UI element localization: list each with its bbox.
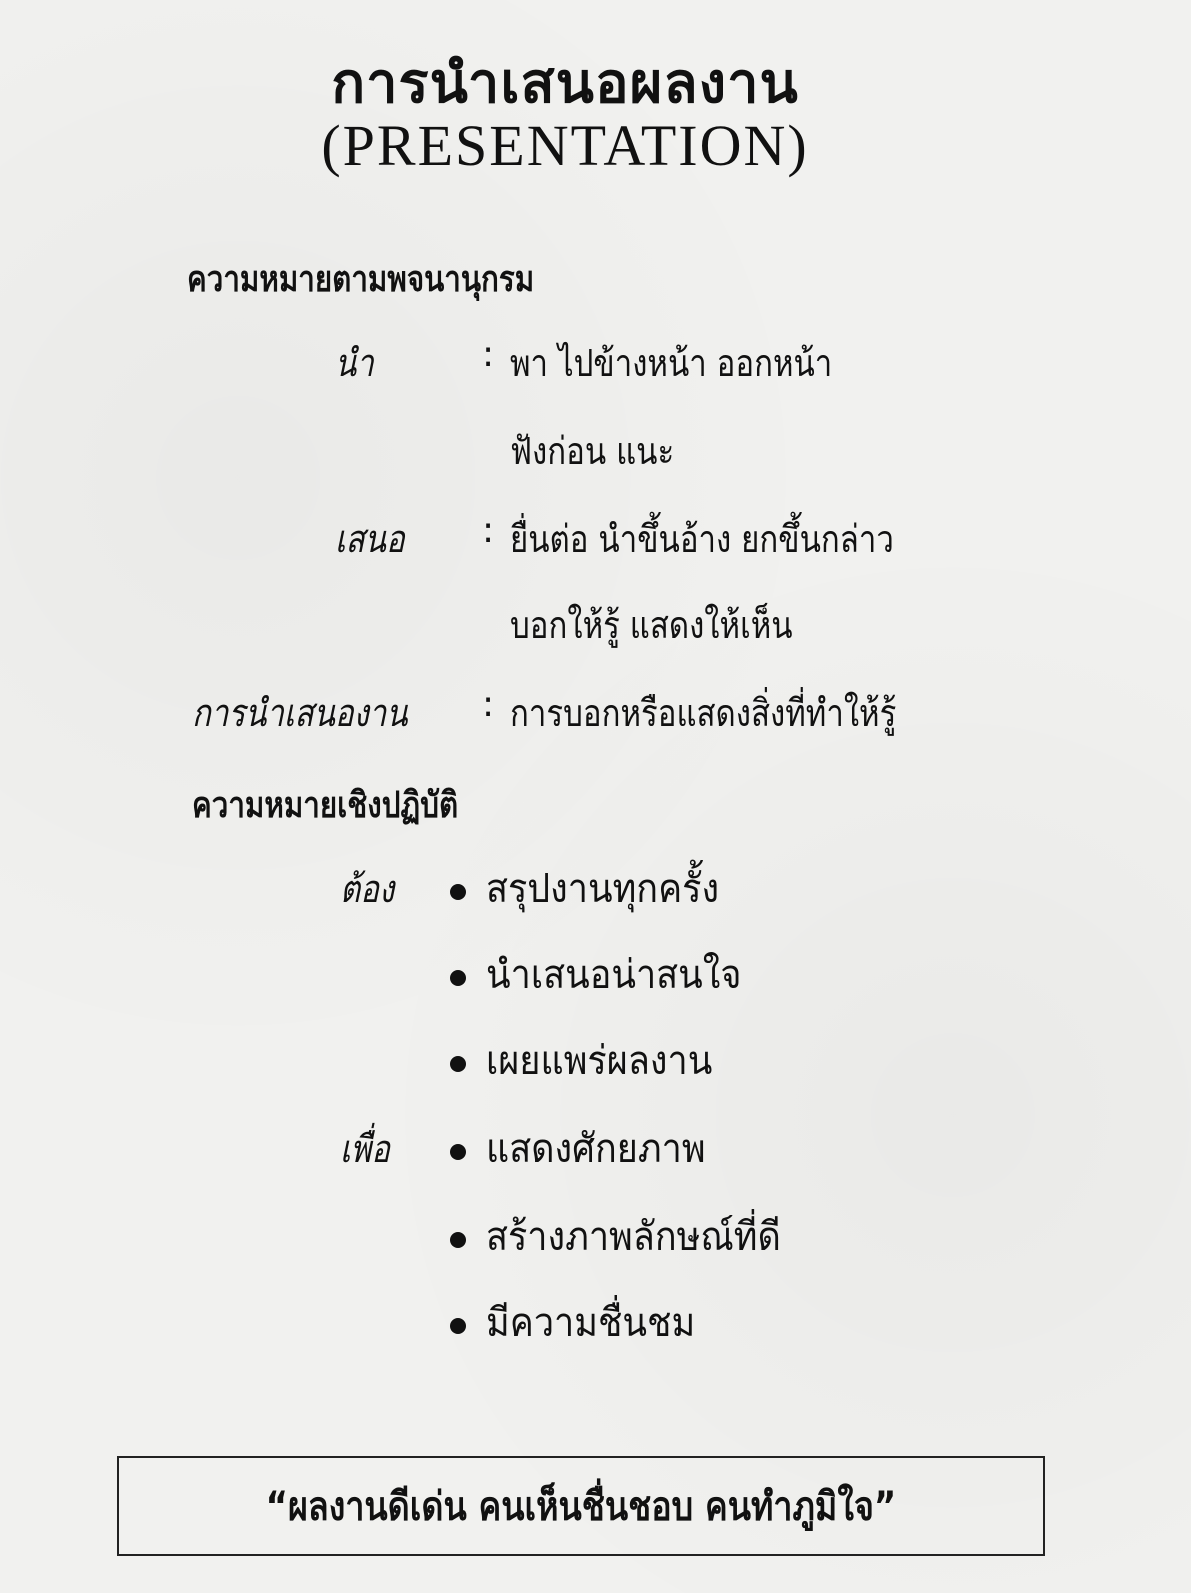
list-item: สร้างภาพลักษณ์ที่ดี <box>486 1204 781 1268</box>
list-item: สรุปงานทุกครั้ง <box>486 856 719 920</box>
bullet-icon <box>450 1144 466 1160</box>
practical-heading: ความหมายเชิงปฏิบัติ <box>192 776 458 833</box>
bullet-icon <box>450 884 466 900</box>
term-presentation: การนำเสนองาน <box>192 682 408 743</box>
quote-box: “ผลงานดีเด่น คนเห็นชื่นชอบ คนทำภูมิใจ” <box>117 1456 1045 1556</box>
group-label-must: ต้อง <box>340 858 394 919</box>
bullet-icon <box>450 1056 466 1072</box>
separator: : <box>482 510 494 551</box>
document-page: การนำเสนอผลงาน (PRESENTATION) ความหมายตา… <box>0 0 1191 1593</box>
definition-line: การบอกหรือแสดงสิ่งที่ทำให้รู้ <box>510 682 896 743</box>
definition-line: บอกให้รู้ แสดงให้เห็น <box>510 594 793 655</box>
separator: : <box>482 334 494 375</box>
term-sanoe: เสนอ <box>335 508 405 569</box>
list-item: นำเสนอน่าสนใจ <box>486 942 741 1006</box>
bullet-icon <box>450 1232 466 1248</box>
definition-line: พา ไปข้างหน้า ออกหน้า <box>510 332 832 393</box>
title-english: (PRESENTATION) <box>0 112 1130 179</box>
group-label-purpose: เพื่อ <box>340 1118 390 1179</box>
dictionary-heading: ความหมายตามพจนานุกรม <box>187 250 534 307</box>
separator: : <box>482 684 494 725</box>
list-item: เผยแพร่ผลงาน <box>486 1028 712 1092</box>
bullet-icon <box>450 1318 466 1334</box>
term-nam: นำ <box>335 332 374 393</box>
definition-line: ฟังก่อน แนะ <box>510 420 674 481</box>
bullet-icon <box>450 970 466 986</box>
list-item: มีความชื่นชม <box>486 1290 695 1354</box>
quote-text: “ผลงานดีเด่น คนเห็นชื่นชอบ คนทำภูมิใจ” <box>266 1474 897 1538</box>
definition-line: ยื่นต่อ นำขึ้นอ้าง ยกขึ้นกล่าว <box>510 508 894 569</box>
list-item: แสดงศักยภาพ <box>486 1116 706 1180</box>
